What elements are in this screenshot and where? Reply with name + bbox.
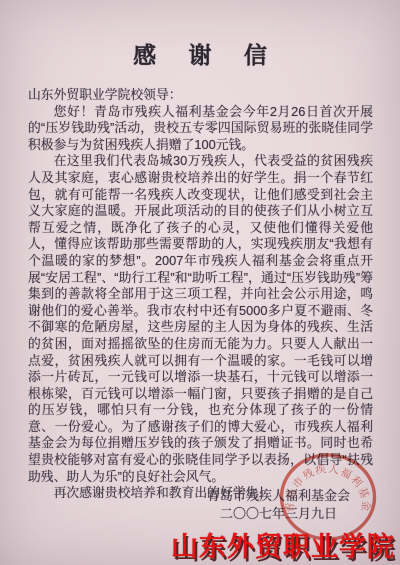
salutation: 山东外贸职业学院校领导： [28, 87, 373, 104]
letter-body: 山东外贸职业学院校领导： 您好！青岛市残疾人福利基金会今年2月26日首次开展的“… [28, 87, 373, 502]
letter-title: 感 谢 信 [0, 37, 400, 70]
letter-paper: 感 谢 信 山东外贸职业学院校领导： 您好！青岛市残疾人福利基金会今年2月26日… [0, 0, 400, 565]
watermark-text: 山东外贸职业学院 [171, 525, 395, 564]
paragraph-2: 在这里我们代表岛城30万残疾人，代表受益的贫困残疾人及其家庭，衷心感谢贵校培养出… [28, 153, 373, 485]
signature-org: 青岛市残疾人福利基金会 [207, 487, 350, 505]
signature-block: 青岛市残疾人福利基金会 二〇〇七年三月九日 [207, 487, 350, 523]
paragraph-1: 您好！青岛市残疾人福利基金会今年2月26日首次开展的“压岁钱助残”活动，贵校五专… [28, 104, 373, 154]
signature-date: 二〇〇七年三月九日 [207, 505, 350, 523]
